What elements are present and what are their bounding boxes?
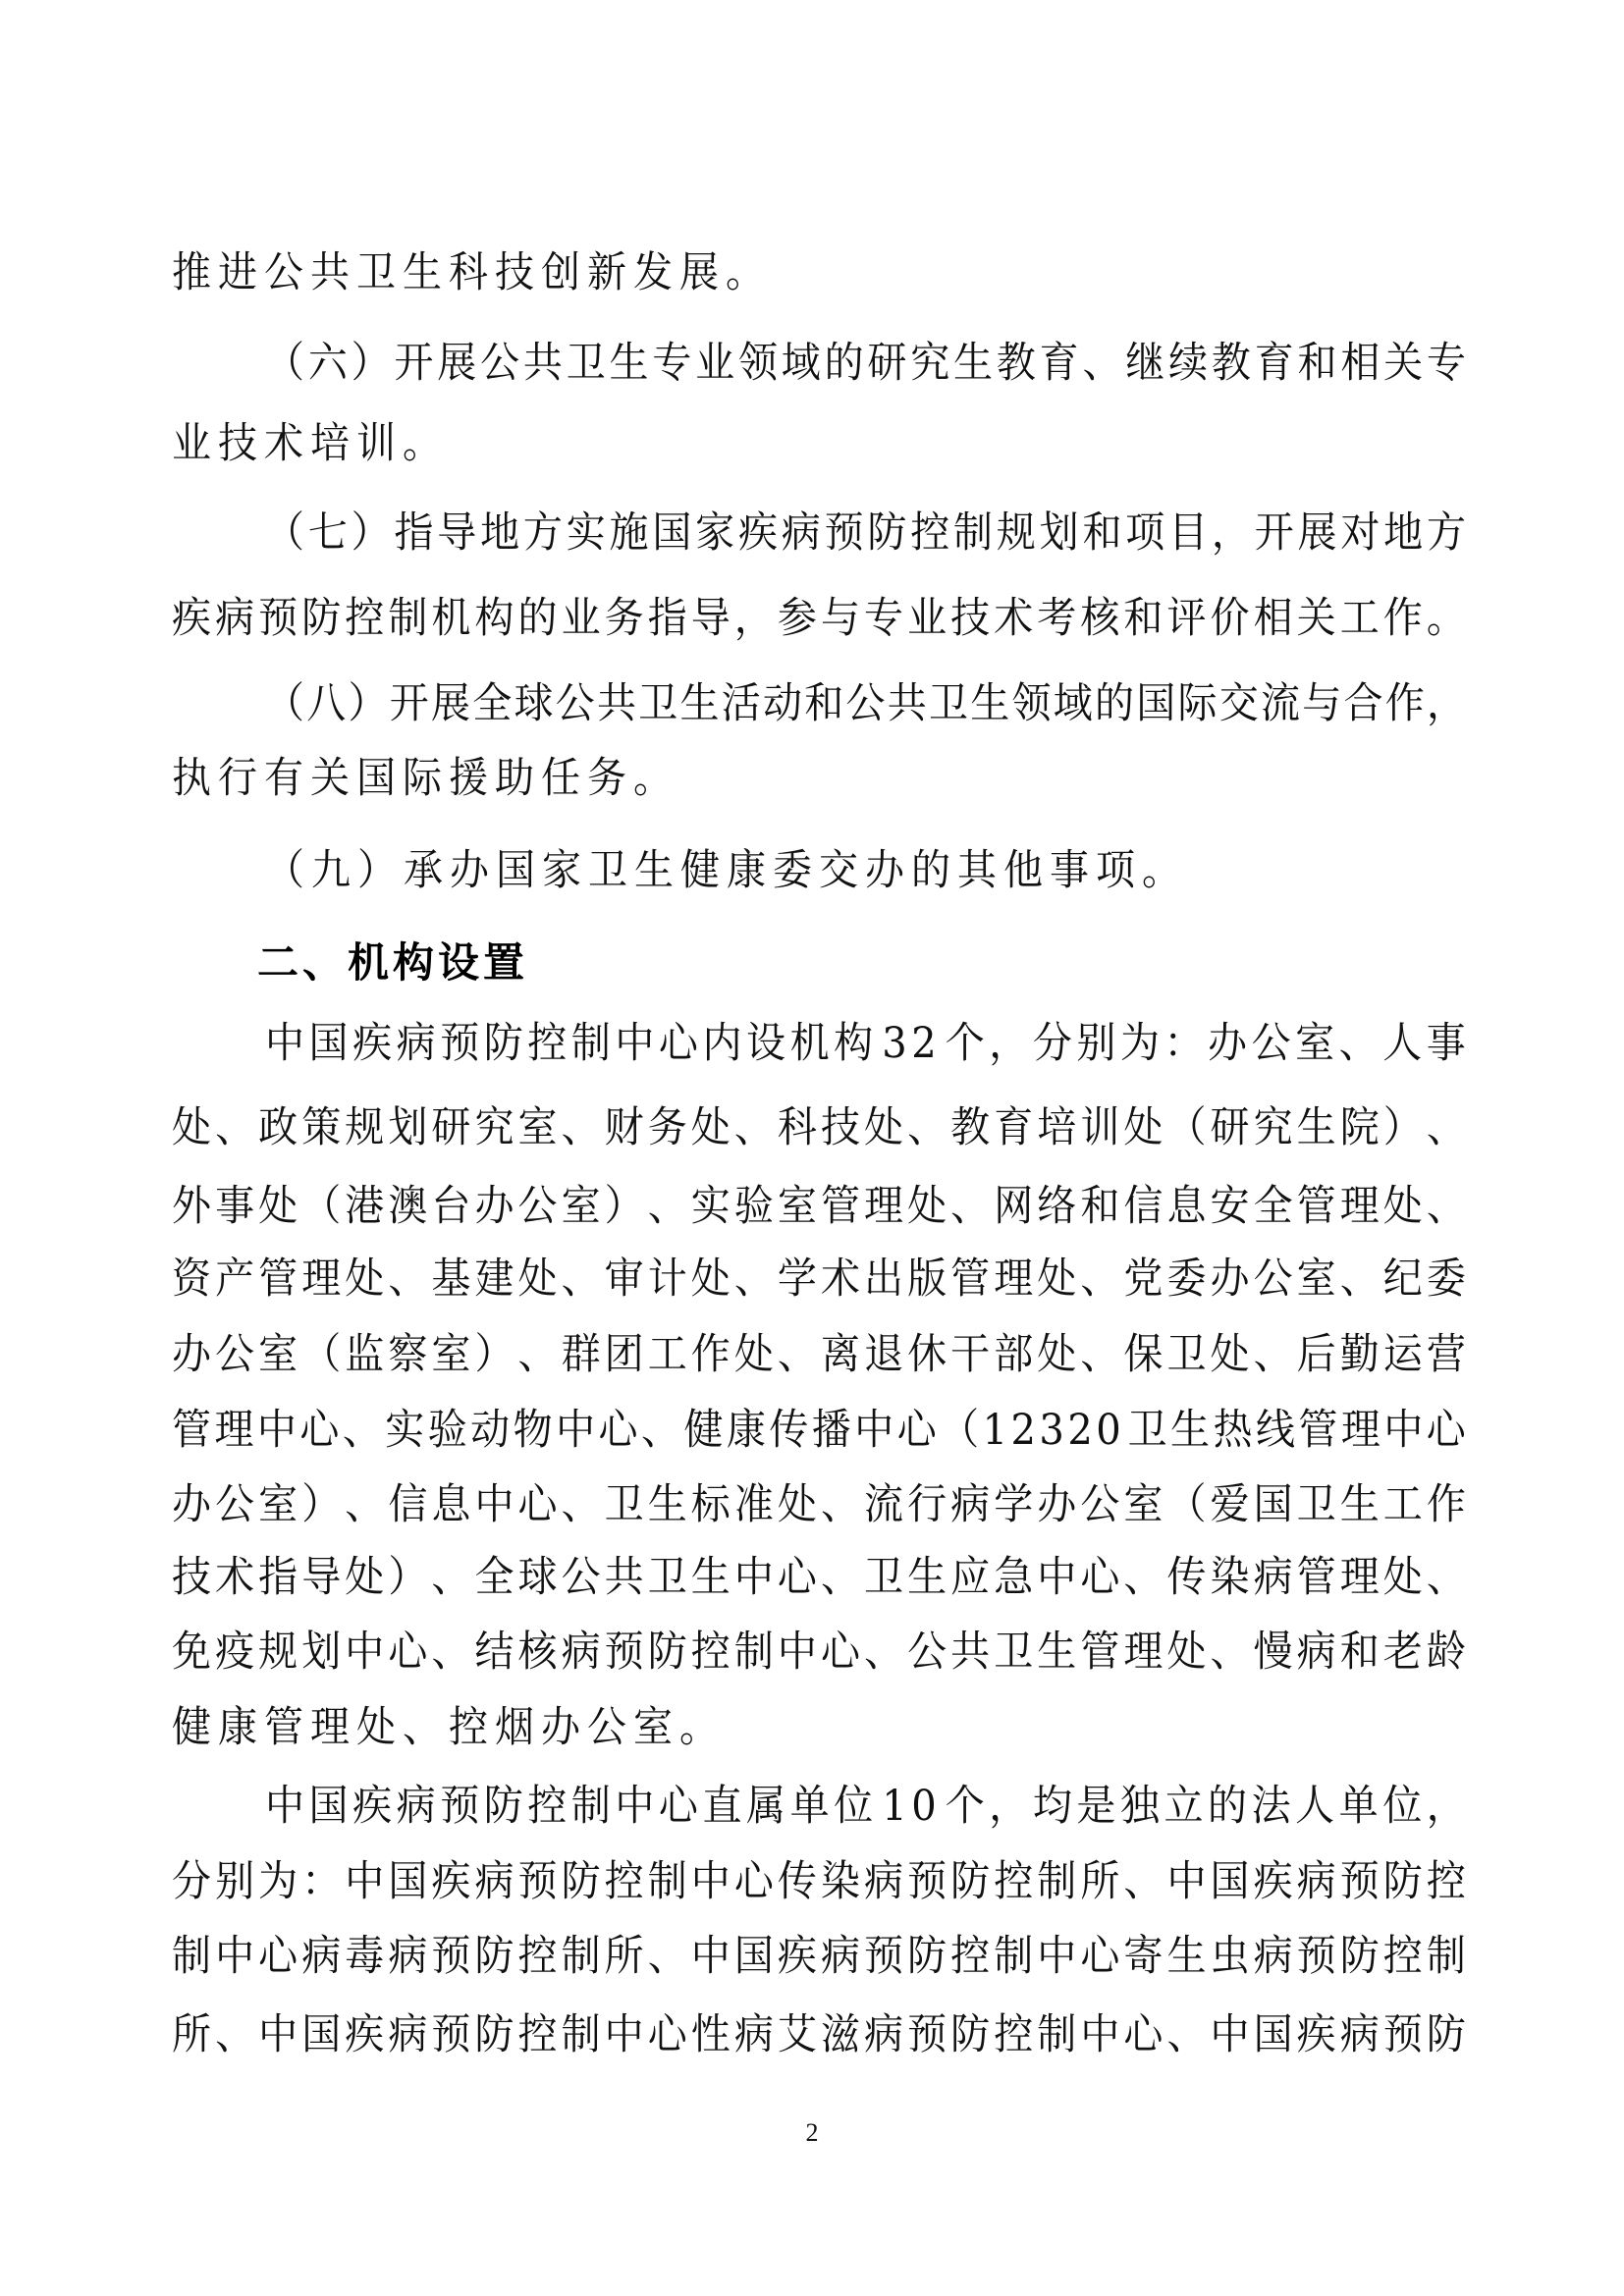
page-number: 2	[0, 2118, 1624, 2148]
internal-units-line-8: 技术指导处）、全球公共卫生中心、卫生应急中心、传染病管理处、	[172, 1552, 1466, 1603]
section-heading: 二、机构设置	[257, 938, 528, 988]
affiliated-units-line-3: 制中心病毒病预防控制所、中国疾病预防控制中心寄生虫病预防控制	[172, 1931, 1466, 1982]
affiliated-units-line-4: 所、中国疾病预防控制中心性病艾滋病预防控制中心、中国疾病预防	[172, 2009, 1466, 2060]
internal-units-line-10: 健康管理处、控烟办公室。	[172, 1702, 1466, 1753]
affiliated-units-line-2: 分别为：中国疾病预防控制中心传染病预防控制所、中国疾病预防控	[172, 1856, 1466, 1907]
internal-units-line-1: 中国疾病预防控制中心内设机构 32 个，分别为：办公室、人事	[265, 1018, 1466, 1069]
internal-units-line-2: 处、政策规划研究室、财务处、科技处、教育培训处（研究生院）、	[172, 1102, 1466, 1153]
internal-units-line-5: 办公室（监察室）、群团工作处、离退休干部处、保卫处、后勤运营	[172, 1329, 1466, 1380]
internal-units-line-9: 免疫规划中心、结核病预防控制中心、公共卫生管理处、慢病和老龄	[172, 1627, 1466, 1678]
list-item-7-line-2: 疾病预防控制机构的业务指导，参与专业技术考核和评价相关工作。	[172, 593, 1466, 644]
list-item-6-line-1: （六）开展公共卫生专业领域的研究生教育、继续教育和相关专	[265, 338, 1466, 389]
list-item-8-line-2: 执行有关国际援助任务。	[172, 753, 1466, 804]
internal-units-line-7: 办公室）、信息中心、卫生标准处、流行病学办公室（爱国卫生工作	[172, 1479, 1466, 1530]
internal-units-line-3: 外事处（港澳台办公室）、实验室管理处、网络和信息安全管理处、	[172, 1181, 1466, 1232]
paragraph-line: 推进公共卫生科技创新发展。	[172, 247, 1466, 298]
list-item-8-line-1: （八）开展全球公共卫生活动和公共卫生领域的国际交流与合作，	[265, 678, 1466, 729]
internal-units-line-4: 资产管理处、基建处、审计处、学术出版管理处、党委办公室、纪委	[172, 1254, 1466, 1305]
document-page: 推进公共卫生科技创新发展。 （六）开展公共卫生专业领域的研究生教育、继续教育和相…	[0, 0, 1624, 2296]
list-item-6-line-2: 业技术培训。	[172, 418, 1466, 469]
internal-units-line-6: 管理中心、实验动物中心、健康传播中心（12320 卫生热线管理中心	[172, 1405, 1466, 1456]
list-item-7-line-1: （七）指导地方实施国家疾病预防控制规划和项目，开展对地方	[265, 507, 1466, 559]
affiliated-units-line-1: 中国疾病预防控制中心直属单位 10 个，均是独立的法人单位，	[265, 1781, 1466, 1832]
list-item-9: （九）承办国家卫生健康委交办的其他事项。	[265, 845, 1466, 896]
